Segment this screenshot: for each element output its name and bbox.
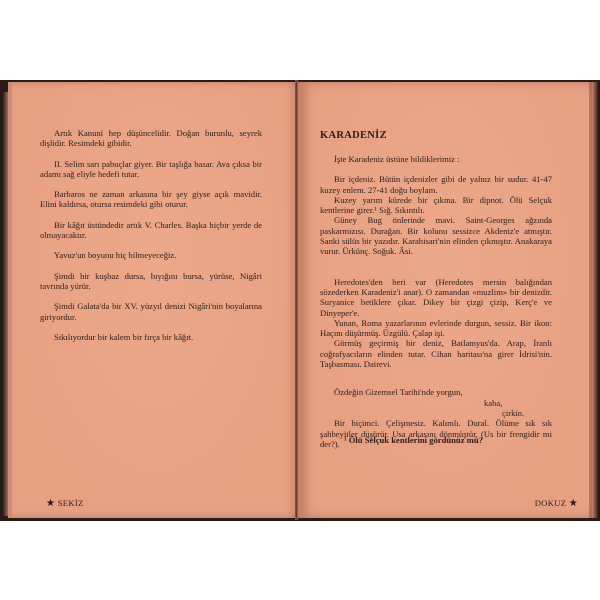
paragraph: Yavuz'un boyunu hiç bilmeyeceğiz. — [40, 250, 262, 260]
footnote: ¹ Ölü Selçuk kentlerini gördünüz mü? — [344, 435, 483, 445]
left-page-body: Artık Kanuni hep düşüncelidir. Doğan bur… — [40, 128, 262, 352]
right-page: KARADENİZ İşte Karadeniz üstüne bildikle… — [298, 82, 592, 518]
page-number-label: SEKİZ — [58, 498, 84, 508]
paragraph: Heredotes'den beri var (Heredotes mersin… — [320, 277, 552, 318]
paragraph: Görmüş geçirmiş bir deniz, Batlamyus'da.… — [320, 338, 552, 369]
paragraph: Bir kâğıt üstündedir artık V. Charles. B… — [40, 220, 262, 241]
stanza-line: Özdeğin Gizemsel Tarihi'nde yorgun, — [334, 387, 552, 397]
paragraph: Şimdi Galata'da bir XV. yüzyıl denizi Ni… — [40, 301, 262, 322]
paragraph: Yunan, Roma yazarlarının evlerinde durgu… — [320, 318, 552, 339]
page-number-right: DOKUZ ★ — [535, 498, 578, 509]
chapter-title: KARADENİZ — [320, 130, 387, 141]
paragraph: Sıkılıyordur bir kalem bir fırça bir kâğ… — [40, 332, 262, 342]
paragraph: II. Selim sarı pabuçlar giyer. Bir taşlı… — [40, 159, 262, 180]
paragraph: Şimdi bir kuşbaz dursa, bıyığını bursa, … — [40, 271, 262, 292]
star-icon: ★ — [569, 498, 578, 509]
paragraph: Barbaros ne zaman arkasına bir şey giyse… — [40, 189, 262, 210]
paragraph: Artık Kanuni hep düşüncelidir. Doğan bur… — [40, 128, 262, 149]
paragraph: Bir içdeniz. Bütün içdenizler gibi de ya… — [320, 174, 552, 195]
stanza-line: kaba, — [334, 398, 552, 408]
open-book: Artık Kanuni hep düşüncelidir. Doğan bur… — [0, 80, 600, 521]
stanza-line: çirkin. — [334, 408, 552, 418]
page-number-label: DOKUZ — [535, 498, 567, 508]
stanza: Özdeğin Gizemsel Tarihi'nde yorgun, kaba… — [320, 387, 552, 418]
paragraph: Güney Bug önlerinde mavi. Saint-Georges … — [320, 215, 552, 256]
page-number-left: ★ SEKİZ — [46, 498, 84, 509]
star-icon: ★ — [46, 498, 55, 509]
intro-line: İşte Karadeniz üstüne bildiklerimiz : — [320, 154, 552, 164]
paragraph: Kuzey yarım kürede bir çıkma. Bir dipnot… — [320, 195, 552, 216]
left-page: Artık Kanuni hep düşüncelidir. Doğan bur… — [8, 82, 299, 518]
right-page-body: İşte Karadeniz üstüne bildiklerimiz : Bi… — [320, 154, 552, 459]
